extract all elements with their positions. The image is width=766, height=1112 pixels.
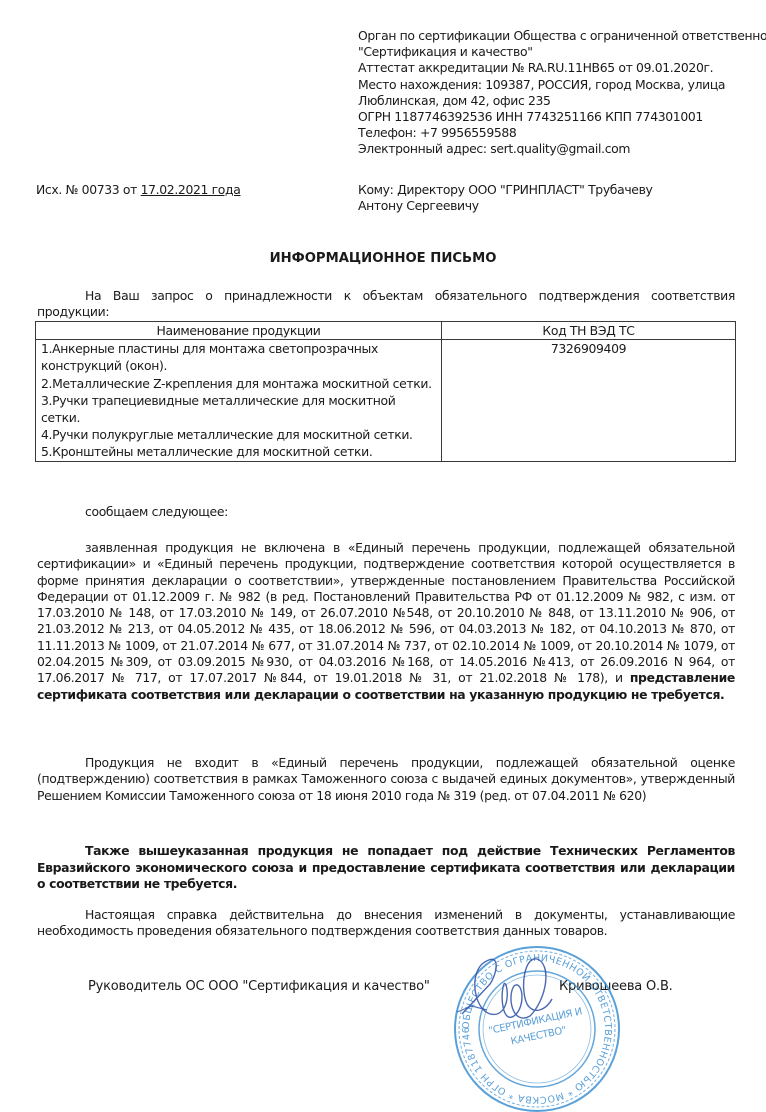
issuer-block: Орган по сертификации Общества с огранич… [358, 28, 763, 158]
issuer-line: ОГРН 1187746392536 ИНН 7743251166 КПП 77… [358, 109, 763, 125]
outgoing-reference: Исх. № 00733 от 17.02.2021 года [36, 182, 241, 198]
product-item: 1.Анкерные пластины для монтажа светопро… [41, 340, 436, 374]
product-list-cell: 1.Анкерные пластины для монтажа светопро… [36, 340, 442, 461]
table-header-row: Наименование продукции Код ТН ВЭД ТС [36, 322, 736, 340]
document-title: ИНФОРМАЦИОННОЕ ПИСЬМО [0, 251, 766, 266]
stamp-seal-icon: ОБЩЕСТВО С ОГРАНИЧЕННОЙ ОТВЕТСТВЕННОСТЬЮ… [452, 944, 622, 1112]
paragraph-technical-regulations-text: Также вышеуказанная продукция не попадае… [37, 843, 735, 891]
soobshaem-text: сообщаем следующее: [85, 504, 228, 519]
issuer-line: Аттестат аккредитации № RA.RU.11НВ65 от … [358, 60, 763, 76]
intro-text: На Ваш запрос о принадлежности к объекта… [37, 288, 735, 319]
paragraph-validity: Настоящая справка действительна до внесе… [37, 907, 735, 940]
product-item: 5.Кронштейны металлические для москитной… [41, 443, 436, 460]
issuer-line: Люблинская, дом 42, офис 235 [358, 93, 763, 109]
product-item: 4.Ручки полукруглые металлические для мо… [41, 426, 436, 443]
issuer-line: Телефон: +7 9956559588 [358, 125, 763, 141]
paragraph-technical-regulations: Также вышеуказанная продукция не попадае… [37, 843, 735, 893]
issuer-line: "Сертификация и качество" [358, 44, 763, 60]
issuer-line: Место нахождения: 109387, РОССИЯ, город … [358, 77, 763, 93]
paragraph-exclusion-text: заявленная продукция не включена в «Един… [37, 540, 735, 685]
header-code: Код ТН ВЭД ТС [442, 322, 736, 340]
products-table: Наименование продукции Код ТН ВЭД ТС 1.А… [35, 321, 736, 462]
signatory-role: Руководитель ОС ООО "Сертификация и каче… [88, 979, 430, 994]
table-row: 1.Анкерные пластины для монтажа светопро… [36, 340, 736, 461]
recipient: Кому: Директору ООО "ГРИНПЛАСТ" Трубачев… [358, 182, 698, 215]
outgoing-prefix: Исх. № 00733 от [36, 182, 141, 197]
intro-paragraph: На Ваш запрос о принадлежности к объекта… [37, 288, 735, 321]
outgoing-date: 17.02.2021 года [141, 182, 241, 197]
official-stamp: ОБЩЕСТВО С ОГРАНИЧЕННОЙ ОТВЕТСТВЕННОСТЬЮ… [452, 944, 622, 1112]
paragraph-customs-union: Продукция не входит в «Единый перечень п… [37, 755, 735, 804]
paragraph-exclusion: заявленная продукция не включена в «Един… [37, 540, 735, 703]
paragraph-customs-union-text: Продукция не входит в «Единый перечень п… [37, 755, 735, 803]
issuer-line: Орган по сертификации Общества с огранич… [358, 28, 763, 44]
issuer-line: Электронный адрес: sert.quality@gmail.co… [358, 141, 763, 157]
header-product-name: Наименование продукции [36, 322, 442, 340]
product-item: 2.Металлические Z-крепления для монтажа … [41, 375, 436, 392]
product-code-cell: 7326909409 [442, 340, 736, 461]
product-item: 3.Ручки трапециевидные металлические для… [41, 392, 436, 426]
paragraph-validity-text: Настоящая справка действительна до внесе… [37, 907, 735, 938]
